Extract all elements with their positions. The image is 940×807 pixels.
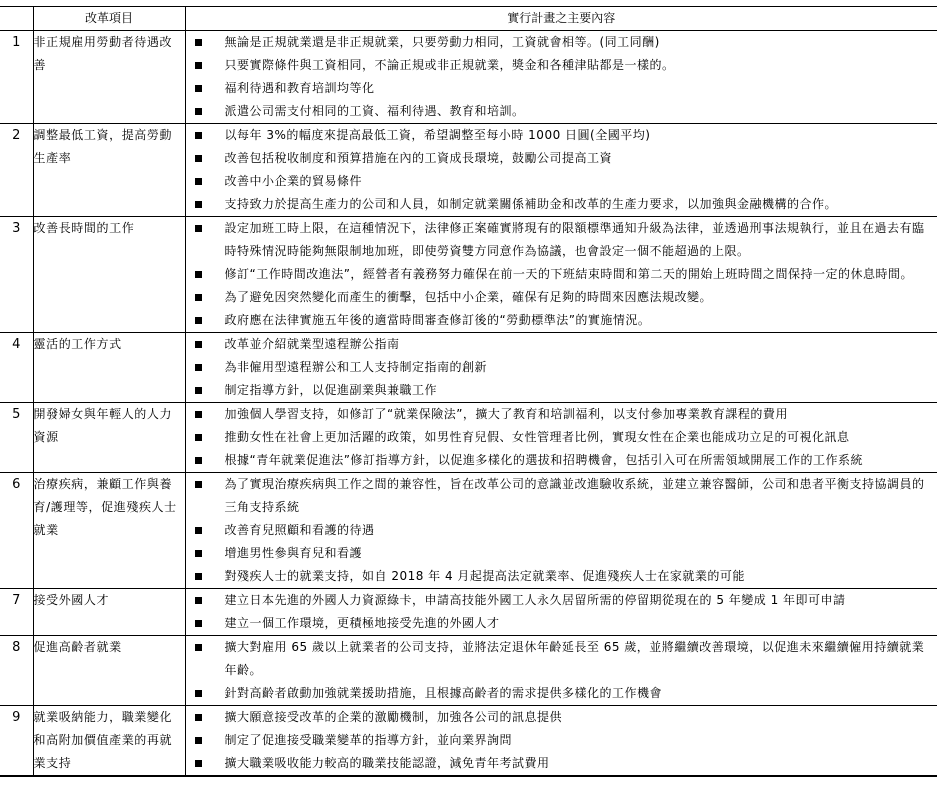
- plan-point-text: 針對高齡者啟動加強就業援助措施，且根據高齡者的需求提供多樣化的工作機會: [225, 686, 663, 700]
- reform-plan-table: 改革項目 實行計畫之主要內容 1非正規雇用勞動者待遇改善無論是正規就業還是非正規…: [0, 6, 937, 777]
- square-bullet-icon: [195, 527, 202, 534]
- plan-content: 設定加班工時上限，在這種情況下，法律修正案確實將現有的限額標準通知升級為法律，並…: [185, 217, 937, 333]
- list-item: 改善育兒照顧和看護的待遇: [186, 519, 938, 542]
- square-bullet-icon: [195, 573, 202, 580]
- plan-point-text: 對殘疾人士的就業支持，如自 2018 年 4 月起提高法定就業率、促進殘疾人士在…: [225, 569, 745, 583]
- list-item: 根據“青年就業促進法”修訂指導方針，以促進多樣化的選拔和招聘機會，包括引入可在所…: [186, 449, 938, 472]
- square-bullet-icon: [195, 39, 202, 46]
- square-bullet-icon: [195, 178, 202, 185]
- row-number: 8: [0, 636, 33, 706]
- square-bullet-icon: [195, 411, 202, 418]
- list-item: 建立一個工作環境，更積極地接受先進的外國人才: [186, 612, 938, 635]
- row-number: 6: [0, 473, 33, 589]
- table-row: 2調整最低工資，提高勞動生產率以每年 3%的幅度來提高最低工資，希望調整至每小時…: [0, 124, 937, 217]
- plan-point-text: 建立日本先進的外國人力資源綠卡，申請高技能外國工人永久居留所需的停留期從現在的 …: [225, 593, 846, 607]
- list-item: 增進男性參與育兒和看護: [186, 542, 938, 565]
- plan-point-text: 無論是正規就業還是非正規就業，只要勞動力相同，工資就會相等。(同工同酬): [225, 35, 660, 49]
- square-bullet-icon: [195, 62, 202, 69]
- list-item: 改善包括稅收制度和預算措施在內的工資成長環境，鼓勵公司提高工資: [186, 147, 938, 170]
- plan-point-text: 只要實際條件與工資相同，不論正規或非正規就業，獎金和各種津貼都是一樣的。: [225, 58, 675, 72]
- square-bullet-icon: [195, 317, 202, 324]
- table-row: 6治療疾病，兼顧工作與養育/護理等，促進殘疾人士就業為了實現治療疾病與工作之間的…: [0, 473, 937, 589]
- plan-content: 無論是正規就業還是非正規就業，只要勞動力相同，工資就會相等。(同工同酬)只要實際…: [185, 31, 937, 124]
- list-item: 設定加班工時上限，在這種情況下，法律修正案確實將現有的限額標準通知升級為法律，並…: [186, 217, 938, 263]
- row-number: 9: [0, 706, 33, 777]
- list-item: 為非僱用型遠程辦公和工人支持制定指南的創新: [186, 356, 938, 379]
- list-item: 推動女性在社會上更加活躍的政策，如男性育兒假、女性管理者比例，實現女性在企業也能…: [186, 426, 938, 449]
- plan-point-text: 為了實現治療疾病與工作之間的兼容性，旨在改革公司的意識並改進驗收系統，並建立兼容…: [225, 477, 925, 514]
- reform-item: 接受外國人才: [33, 589, 185, 636]
- list-item: 無論是正規就業還是非正規就業，只要勞動力相同，工資就會相等。(同工同酬): [186, 31, 938, 54]
- square-bullet-icon: [195, 341, 202, 348]
- row-number: 3: [0, 217, 33, 333]
- header-plan-content: 實行計畫之主要內容: [185, 7, 937, 31]
- plan-point-text: 擴大願意接受改革的企業的激勵機制，加強各公司的訊息提供: [225, 710, 563, 724]
- list-item: 派遣公司需支付相同的工資、福利待遇、教育和培訓。: [186, 100, 938, 123]
- square-bullet-icon: [195, 434, 202, 441]
- table-row: 4靈活的工作方式改革並介紹就業型遠程辦公指南為非僱用型遠程辦公和工人支持制定指南…: [0, 333, 937, 403]
- square-bullet-icon: [195, 132, 202, 139]
- plan-content: 以每年 3%的幅度來提高最低工資，希望調整至每小時 1000 日圓(全國平均)改…: [185, 124, 937, 217]
- plan-points-list: 擴大願意接受改革的企業的激勵機制，加強各公司的訊息提供制定了促進接受職業變革的指…: [186, 706, 938, 775]
- list-item: 政府應在法律實施五年後的適當時間審查修訂後的“勞動標準法”的實施情況。: [186, 309, 938, 332]
- row-number: 4: [0, 333, 33, 403]
- list-item: 支持致力於提高生產力的公司和人員，如制定就業關係補助金和改革的生產力要求，以加強…: [186, 193, 938, 216]
- square-bullet-icon: [195, 760, 202, 767]
- reform-item: 靈活的工作方式: [33, 333, 185, 403]
- square-bullet-icon: [195, 387, 202, 394]
- plan-point-text: 設定加班工時上限，在這種情況下，法律修正案確實將現有的限額標準通知升級為法律，並…: [225, 221, 925, 258]
- row-number: 5: [0, 403, 33, 473]
- row-number: 1: [0, 31, 33, 124]
- square-bullet-icon: [195, 294, 202, 301]
- list-item: 制定指導方針，以促進副業與兼職工作: [186, 379, 938, 402]
- square-bullet-icon: [195, 271, 202, 278]
- list-item: 針對高齡者啟動加強就業援助措施，且根據高齡者的需求提供多樣化的工作機會: [186, 682, 938, 705]
- square-bullet-icon: [195, 108, 202, 115]
- list-item: 只要實際條件與工資相同，不論正規或非正規就業，獎金和各種津貼都是一樣的。: [186, 54, 938, 77]
- list-item: 擴大職業吸收能力較高的職業技能認證，減免青年考試費用: [186, 752, 938, 775]
- plan-point-text: 建立一個工作環境，更積極地接受先進的外國人才: [225, 616, 500, 630]
- table-row: 3改善長時間的工作設定加班工時上限，在這種情況下，法律修正案確實將現有的限額標準…: [0, 217, 937, 333]
- square-bullet-icon: [195, 457, 202, 464]
- plan-points-list: 改革並介紹就業型遠程辦公指南為非僱用型遠程辦公和工人支持制定指南的創新制定指導方…: [186, 333, 938, 402]
- reform-item: 就業吸納能力，職業變化和高附加價值產業的再就業支持: [33, 706, 185, 777]
- square-bullet-icon: [195, 550, 202, 557]
- plan-point-text: 為非僱用型遠程辦公和工人支持制定指南的創新: [225, 360, 488, 374]
- plan-point-text: 制定指導方針，以促進副業與兼職工作: [225, 383, 438, 397]
- plan-point-text: 支持致力於提高生產力的公司和人員，如制定就業關係補助金和改革的生產力要求，以加強…: [225, 197, 838, 211]
- reform-item: 非正規雇用勞動者待遇改善: [33, 31, 185, 124]
- table-header-row: 改革項目 實行計畫之主要內容: [0, 7, 937, 31]
- list-item: 對殘疾人士的就業支持，如自 2018 年 4 月起提高法定就業率、促進殘疾人士在…: [186, 565, 938, 588]
- plan-point-text: 改善育兒照顧和看護的待遇: [225, 523, 375, 537]
- plan-point-text: 修訂“工作時間改進法”，經營者有義務努力確保在前一天的下班結束時間和第二天的開始…: [225, 267, 913, 281]
- plan-content: 建立日本先進的外國人力資源綠卡，申請高技能外國工人永久居留所需的停留期從現在的 …: [185, 589, 937, 636]
- plan-point-text: 推動女性在社會上更加活躍的政策，如男性育兒假、女性管理者比例，實現女性在企業也能…: [225, 430, 850, 444]
- plan-point-text: 為了避免因突然變化而產生的衝擊，包括中小企業，確保有足夠的時間來因應法規改變。: [225, 290, 713, 304]
- plan-points-list: 建立日本先進的外國人力資源綠卡，申請高技能外國工人永久居留所需的停留期從現在的 …: [186, 589, 938, 635]
- reform-item: 促進高齡者就業: [33, 636, 185, 706]
- row-number: 7: [0, 589, 33, 636]
- table-row: 9就業吸納能力，職業變化和高附加價值產業的再就業支持擴大願意接受改革的企業的激勵…: [0, 706, 937, 777]
- plan-point-text: 派遣公司需支付相同的工資、福利待遇、教育和培訓。: [225, 104, 525, 118]
- plan-point-text: 制定了促進接受職業變革的指導方針，並向業界詢問: [225, 733, 513, 747]
- plan-points-list: 設定加班工時上限，在這種情況下，法律修正案確實將現有的限額標準通知升級為法律，並…: [186, 217, 938, 332]
- table-row: 5開發婦女與年輕人的人力資源加強個人學習支持，如修訂了“就業保險法”，擴大了教育…: [0, 403, 937, 473]
- square-bullet-icon: [195, 714, 202, 721]
- square-bullet-icon: [195, 364, 202, 371]
- list-item: 修訂“工作時間改進法”，經營者有義務努力確保在前一天的下班結束時間和第二天的開始…: [186, 263, 938, 286]
- list-item: 為了實現治療疾病與工作之間的兼容性，旨在改革公司的意識並改進驗收系統，並建立兼容…: [186, 473, 938, 519]
- table-row: 8促進高齡者就業擴大對雇用 65 歲以上就業者的公司支持，並將法定退休年齡延長至…: [0, 636, 937, 706]
- plan-point-text: 改革並介紹就業型遠程辦公指南: [225, 337, 400, 351]
- reform-item: 改善長時間的工作: [33, 217, 185, 333]
- plan-point-text: 加強個人學習支持，如修訂了“就業保險法”，擴大了教育和培訓福利，以支付參加專業教…: [225, 407, 788, 421]
- square-bullet-icon: [195, 201, 202, 208]
- list-item: 建立日本先進的外國人力資源綠卡，申請高技能外國工人永久居留所需的停留期從現在的 …: [186, 589, 938, 612]
- square-bullet-icon: [195, 85, 202, 92]
- plan-content: 擴大願意接受改革的企業的激勵機制，加強各公司的訊息提供制定了促進接受職業變革的指…: [185, 706, 937, 777]
- list-item: 為了避免因突然變化而產生的衝擊，包括中小企業，確保有足夠的時間來因應法規改變。: [186, 286, 938, 309]
- plan-content: 加強個人學習支持，如修訂了“就業保險法”，擴大了教育和培訓福利，以支付參加專業教…: [185, 403, 937, 473]
- list-item: 擴大對雇用 65 歲以上就業者的公司支持，並將法定退休年齡延長至 65 歲，並將…: [186, 636, 938, 682]
- plan-points-list: 無論是正規就業還是非正規就業，只要勞動力相同，工資就會相等。(同工同酬)只要實際…: [186, 31, 938, 123]
- plan-point-text: 擴大對雇用 65 歲以上就業者的公司支持，並將法定退休年齡延長至 65 歲，並將…: [225, 640, 925, 677]
- square-bullet-icon: [195, 644, 202, 651]
- list-item: 改革並介紹就業型遠程辦公指南: [186, 333, 938, 356]
- list-item: 制定了促進接受職業變革的指導方針，並向業界詢問: [186, 729, 938, 752]
- square-bullet-icon: [195, 737, 202, 744]
- list-item: 以每年 3%的幅度來提高最低工資，希望調整至每小時 1000 日圓(全國平均): [186, 124, 938, 147]
- reform-item: 開發婦女與年輕人的人力資源: [33, 403, 185, 473]
- square-bullet-icon: [195, 225, 202, 232]
- square-bullet-icon: [195, 690, 202, 697]
- plan-content: 為了實現治療疾病與工作之間的兼容性，旨在改革公司的意識並改進驗收系統，並建立兼容…: [185, 473, 937, 589]
- plan-point-text: 根據“青年就業促進法”修訂指導方針，以促進多樣化的選拔和招聘機會，包括引入可在所…: [225, 453, 863, 467]
- plan-point-text: 福利待遇和教育培訓均等化: [225, 81, 375, 95]
- reform-item: 治療疾病，兼顧工作與養育/護理等，促進殘疾人士就業: [33, 473, 185, 589]
- square-bullet-icon: [195, 481, 202, 488]
- plan-points-list: 擴大對雇用 65 歲以上就業者的公司支持，並將法定退休年齡延長至 65 歲，並將…: [186, 636, 938, 705]
- list-item: 擴大願意接受改革的企業的激勵機制，加強各公司的訊息提供: [186, 706, 938, 729]
- plan-point-text: 改善中小企業的貿易條件: [225, 174, 363, 188]
- plan-point-text: 增進男性參與育兒和看護: [225, 546, 363, 560]
- plan-point-text: 以每年 3%的幅度來提高最低工資，希望調整至每小時 1000 日圓(全國平均): [225, 128, 651, 142]
- plan-point-text: 改善包括稅收制度和預算措施在內的工資成長環境，鼓勵公司提高工資: [225, 151, 613, 165]
- square-bullet-icon: [195, 620, 202, 627]
- plan-point-text: 擴大職業吸收能力較高的職業技能認證，減免青年考試費用: [225, 756, 550, 770]
- plan-content: 擴大對雇用 65 歲以上就業者的公司支持，並將法定退休年齡延長至 65 歲，並將…: [185, 636, 937, 706]
- list-item: 改善中小企業的貿易條件: [186, 170, 938, 193]
- list-item: 福利待遇和教育培訓均等化: [186, 77, 938, 100]
- header-reform-item: 改革項目: [33, 7, 185, 31]
- plan-points-list: 加強個人學習支持，如修訂了“就業保險法”，擴大了教育和培訓福利，以支付參加專業教…: [186, 403, 938, 472]
- plan-points-list: 為了實現治療疾病與工作之間的兼容性，旨在改革公司的意識並改進驗收系統，並建立兼容…: [186, 473, 938, 588]
- square-bullet-icon: [195, 597, 202, 604]
- plan-point-text: 政府應在法律實施五年後的適當時間審查修訂後的“勞動標準法”的實施情況。: [225, 313, 651, 327]
- header-number: [0, 7, 33, 31]
- reform-item: 調整最低工資，提高勞動生產率: [33, 124, 185, 217]
- row-number: 2: [0, 124, 33, 217]
- plan-content: 改革並介紹就業型遠程辦公指南為非僱用型遠程辦公和工人支持制定指南的創新制定指導方…: [185, 333, 937, 403]
- square-bullet-icon: [195, 155, 202, 162]
- plan-points-list: 以每年 3%的幅度來提高最低工資，希望調整至每小時 1000 日圓(全國平均)改…: [186, 124, 938, 216]
- table-row: 7接受外國人才建立日本先進的外國人力資源綠卡，申請高技能外國工人永久居留所需的停…: [0, 589, 937, 636]
- list-item: 加強個人學習支持，如修訂了“就業保險法”，擴大了教育和培訓福利，以支付參加專業教…: [186, 403, 938, 426]
- table-row: 1非正規雇用勞動者待遇改善無論是正規就業還是非正規就業，只要勞動力相同，工資就會…: [0, 31, 937, 124]
